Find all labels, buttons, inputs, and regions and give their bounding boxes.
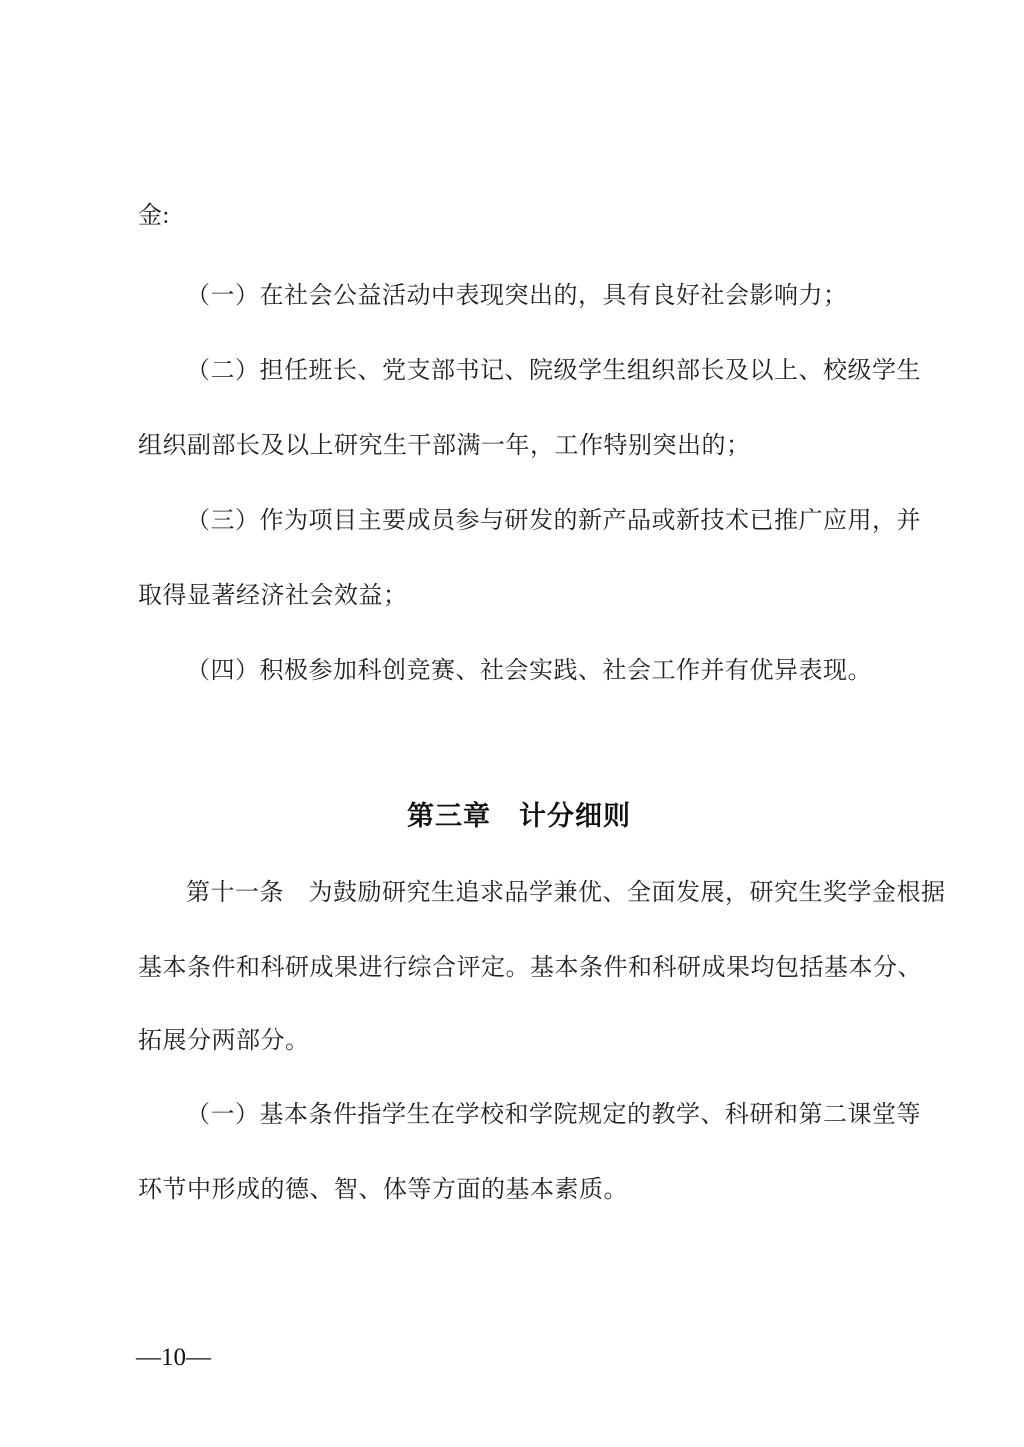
article-11-line-1: 第十一条 为鼓励研究生追求品学兼优、全面发展，研究生奖学金根据 (186, 878, 986, 908)
article-11-line-2: 基本条件和科研成果进行综合评定。基本条件和科研成果均包括基本分、 (138, 953, 938, 983)
continuation-line: 金: (138, 201, 938, 231)
sub-clause-1-line-1: （一）基本条件指学生在学校和学院规定的教学、科研和第二课堂等 (186, 1100, 986, 1130)
clause-1-line: （一）在社会公益活动中表现突出的，具有良好社会影响力； (186, 281, 986, 311)
clause-3-line-1: （三）作为项目主要成员参与研发的新产品或新技术已推广应用，并 (186, 506, 986, 536)
clause-2-line-1: （二）担任班长、党支部书记、院级学生组织部长及以上、校级学生 (186, 356, 986, 386)
sub-clause-1-line-2: 环节中形成的德、智、体等方面的基本素质。 (138, 1175, 938, 1205)
clause-4-line: （四）积极参加科创竞赛、社会实践、社会工作并有优异表现。 (186, 656, 986, 686)
article-11-line-3: 拓展分两部分。 (138, 1026, 938, 1056)
clause-3-line-2: 取得显著经济社会效益； (138, 581, 938, 611)
page-number: —10— (136, 1344, 211, 1372)
clause-2-line-2: 组织副部长及以上研究生干部满一年，工作特别突出的； (138, 431, 938, 461)
document-page: 金: （一）在社会公益活动中表现突出的，具有良好社会影响力； （二）担任班长、党… (0, 0, 1024, 1447)
chapter-3-heading: 第三章 计分细则 (138, 800, 900, 832)
